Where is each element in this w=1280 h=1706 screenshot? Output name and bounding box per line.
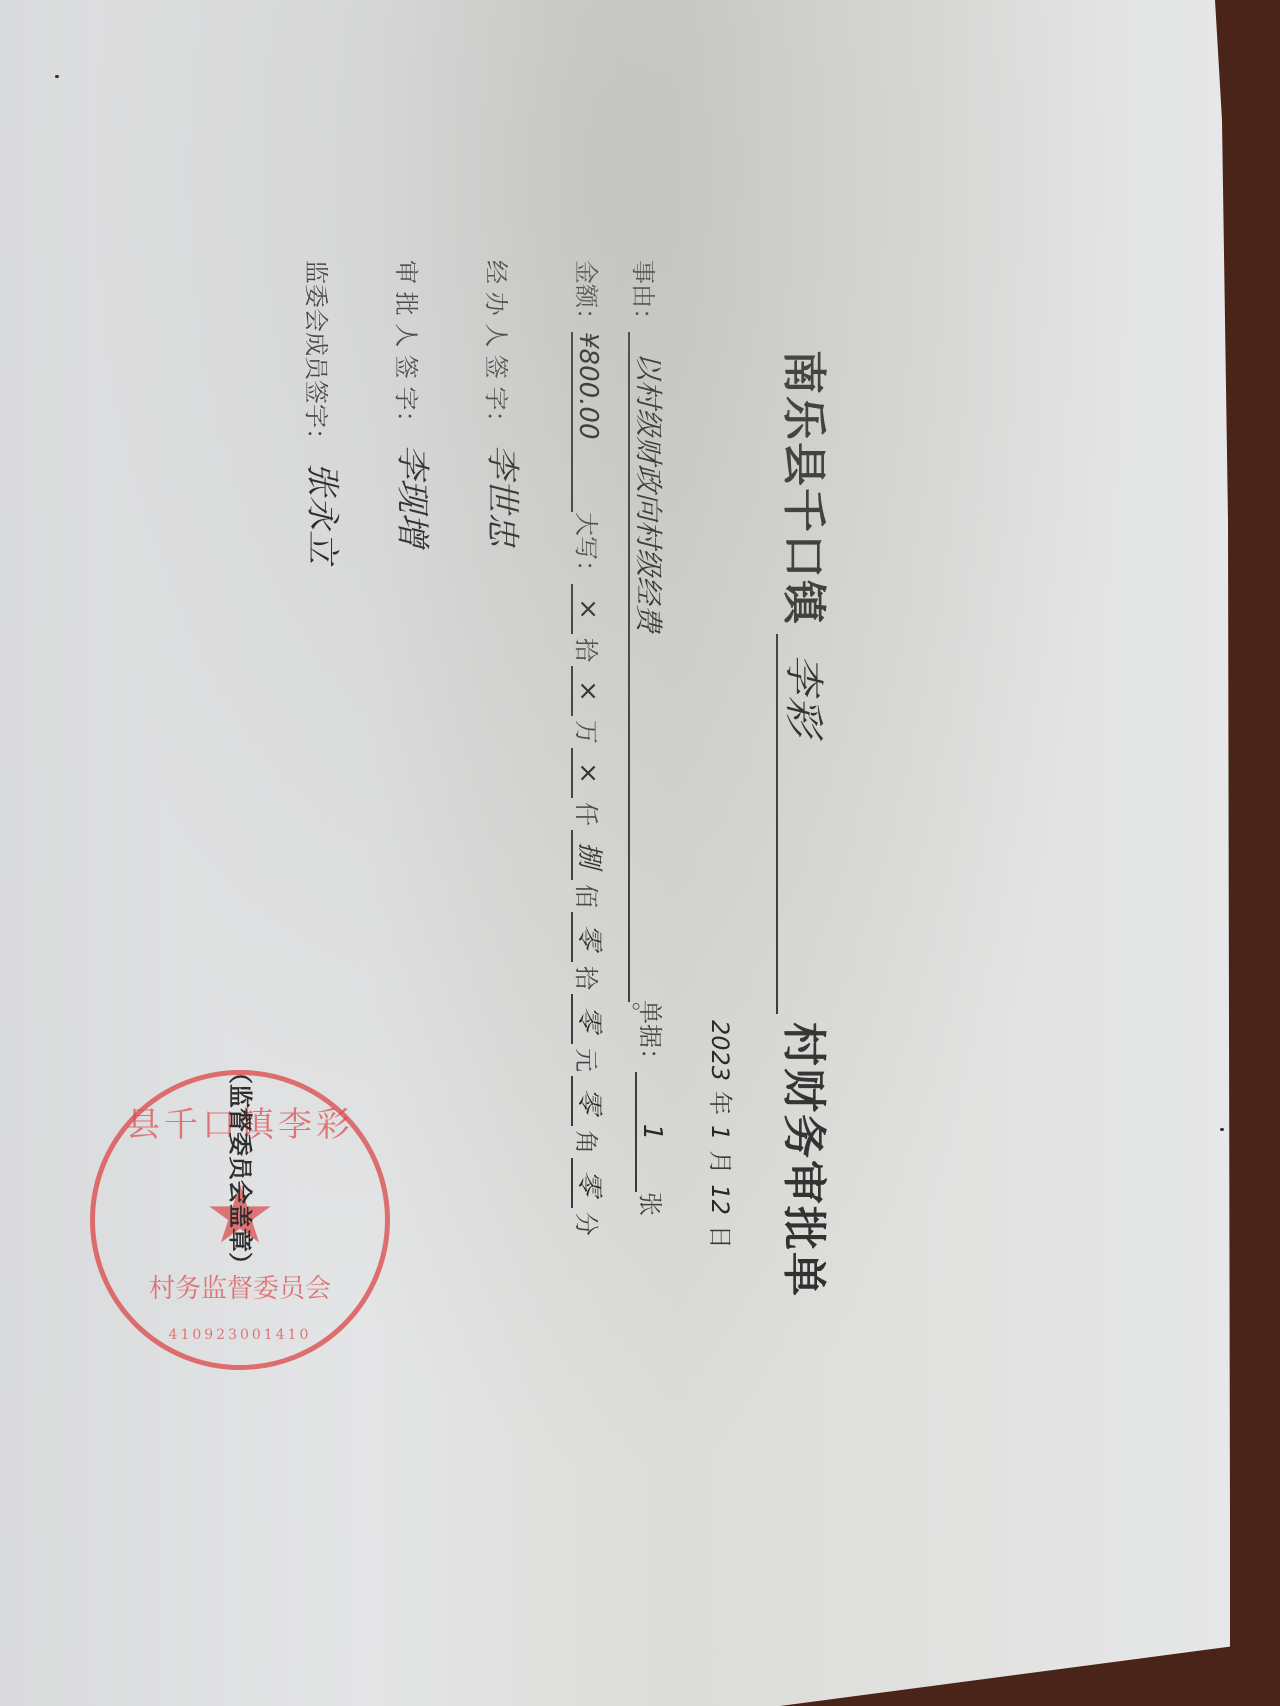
amount-digit: × xyxy=(571,748,603,798)
title-prefix: 南乐县千口镇 xyxy=(776,350,840,626)
amount-unit: 拾 xyxy=(571,638,606,662)
amount-unit: 分 xyxy=(571,1212,606,1236)
supervisor-label: 监委会成员签字： xyxy=(301,260,336,452)
approval-form: 南乐县千口镇 李彩 村财务审批单 2023 年 1 月 12 日 事由： 以村级… xyxy=(200,240,860,1420)
approver-label: 审 批 人 签 字： xyxy=(391,260,426,435)
date-day-label: 日 xyxy=(705,1225,740,1249)
amount-digit: 零 xyxy=(571,1076,610,1126)
paper-speck xyxy=(1220,1128,1224,1131)
receipt-label: 单据： xyxy=(635,1000,670,1072)
amount-unit: 元 xyxy=(571,1048,606,1072)
amount-unit: 角 xyxy=(571,1130,606,1154)
amount-digit: 零 xyxy=(571,912,610,962)
amount-unit: 万 xyxy=(571,720,606,744)
amount-numeric: ¥800.00 xyxy=(571,332,603,512)
amount-row: 金额： ¥800.00 大写： ×拾 ×万 ×仟 捌佰 零拾 零元 零角 零分 xyxy=(571,260,610,1240)
supervisor-row: 监委会成员签字： 张永立 xyxy=(301,260,350,564)
amount-digit: × xyxy=(571,584,603,634)
date-day: 12 xyxy=(706,1184,734,1215)
stamp-note: （监督委员会盖章） xyxy=(225,1060,260,1276)
paper-speck xyxy=(55,75,59,78)
amount-unit: 仟 xyxy=(571,802,606,826)
seal-code: 410923001410 xyxy=(95,1327,385,1343)
date-month-label: 月 xyxy=(705,1150,740,1174)
approver-row: 审 批 人 签 字： 李现增 xyxy=(391,260,440,547)
date-year-label: 年 xyxy=(705,1091,740,1115)
amount-digit: 捌 xyxy=(571,830,610,880)
amount-label: 金额： xyxy=(571,260,606,332)
paper-sheet: 南乐县千口镇 李彩 村财务审批单 2023 年 1 月 12 日 事由： 以村级… xyxy=(0,0,1230,1706)
receipt-row: 单据： 1 张 xyxy=(635,1000,670,1216)
reason-row: 事由： 以村级财政向村级经费 。 xyxy=(628,260,670,1026)
amount-digit: × xyxy=(571,666,603,716)
handler-row: 经 办 人 签 字： 李世忠 xyxy=(481,260,530,547)
receipt-unit: 张 xyxy=(635,1192,670,1216)
form-title: 南乐县千口镇 李彩 村财务审批单 xyxy=(776,350,840,1298)
handler-label: 经 办 人 签 字： xyxy=(481,260,516,435)
reason-field: 以村级财政向村级经费 xyxy=(628,332,670,1002)
amount-unit: 拾 xyxy=(571,966,606,990)
amount-unit: 佰 xyxy=(571,884,606,908)
amount-digit: 零 xyxy=(571,994,610,1044)
reason-label: 事由： xyxy=(628,260,663,332)
amount-digit: 零 xyxy=(571,1158,610,1208)
receipt-count: 1 xyxy=(635,1072,667,1192)
form-date: 2023 年 1 月 12 日 xyxy=(705,1020,740,1249)
amount-capital-label: 大写： xyxy=(571,512,606,584)
approver-signature: 李现增 xyxy=(391,445,440,547)
village-name-field: 李彩 xyxy=(776,634,835,1014)
date-month: 1 xyxy=(706,1125,734,1140)
title-suffix: 村财务审批单 xyxy=(776,1022,840,1298)
handler-signature: 李世忠 xyxy=(481,445,530,547)
date-year: 2023 xyxy=(706,1020,734,1081)
supervisor-signature: 张永立 xyxy=(301,462,350,564)
